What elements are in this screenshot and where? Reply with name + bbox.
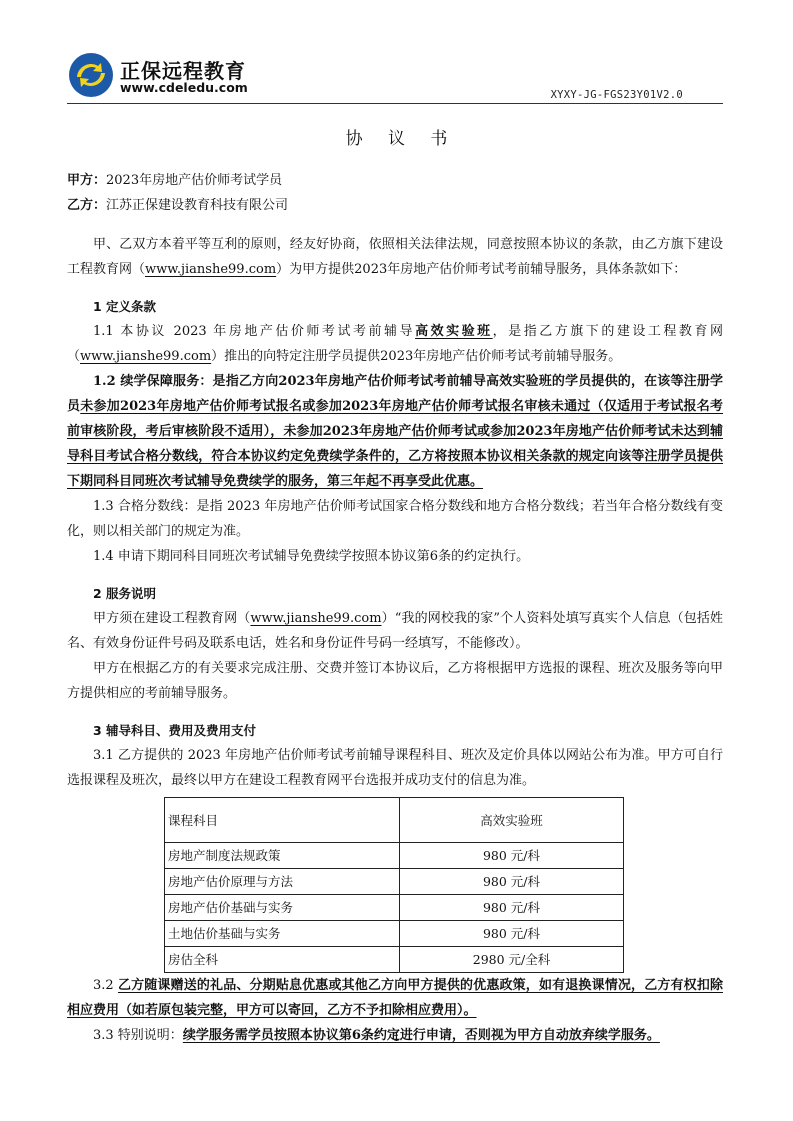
- clause-3-1: 3.1 乙方提供的 2023 年房地产估价师考试考前辅导课程科目、班次及定价具体…: [67, 743, 723, 793]
- clause-1-4: 1.4 申请下期同科目同班次考试辅导免费续学按照本协议第6条的约定执行。: [67, 544, 723, 569]
- jianshe99-link[interactable]: www.jianshe99.com: [145, 262, 276, 277]
- clause-1-3: 1.3 合格分数线：是指 2023 年房地产估价师考试国家合格分数线和地方合格分…: [67, 494, 723, 544]
- fee-table-header: 课程科目 高效实验班: [165, 798, 624, 843]
- brand-url: www.cdeledu.com: [120, 80, 248, 95]
- page-header: 正保远程教育 www.cdeledu.com XYXY-JG-FGS23Y01V…: [68, 52, 723, 104]
- section-2-paragraph-1: 甲方须在建设工程教育网（www.jianshe99.com）“我的网校我的家”个…: [67, 606, 723, 656]
- table-row: 土地估价基础与实务 980 元/科: [165, 921, 624, 947]
- jianshe99-link[interactable]: www.jianshe99.com: [250, 611, 381, 626]
- column-header-course: 课程科目: [165, 798, 400, 843]
- fee-table: 课程科目 高效实验班 房地产制度法规政策 980 元/科 房地产估价原理与方法 …: [164, 797, 624, 973]
- table-row: 房估全科 2980 元/全科: [165, 947, 624, 973]
- clause-1-1: 1.1 本协议 2023 年房地产估价师考试考前辅导高效实验班，是指乙方旗下的建…: [67, 319, 723, 369]
- cdeledu-logo-icon: [68, 52, 114, 98]
- section-1-heading: 1 定义条款: [67, 294, 723, 319]
- clause-3-2: 3.2 乙方随课赠送的礼品、分期贴息优惠或其他乙方向甲方提供的优惠政策，如有退换…: [67, 973, 723, 1023]
- section-2-paragraph-2: 甲方在根据乙方的有关要求完成注册、交费并签订本协议后，乙方将根据甲方选报的课程、…: [67, 656, 723, 706]
- clause-1-2: 1.2 续学保障服务：是指乙方向2023年房地产估价师考试考前辅导高效实验班的学…: [67, 369, 723, 494]
- section-2-heading: 2 服务说明: [67, 581, 723, 606]
- party-a-label: 甲方：: [67, 173, 106, 188]
- party-b-label: 乙方：: [67, 198, 106, 213]
- column-header-class: 高效实验班: [400, 798, 624, 843]
- table-row: 房地产制度法规政策 980 元/科: [165, 843, 624, 869]
- document-body: 甲方：2023年房地产估价师考试学员 乙方：江苏正保建设教育科技有限公司 甲、乙…: [67, 168, 723, 1048]
- table-row: 房地产估价原理与方法 980 元/科: [165, 869, 624, 895]
- intro-paragraph: 甲、乙双方本着平等互利的原则，经友好协商，依照相关法律法规，同意按照本协议的条款…: [67, 232, 723, 282]
- document-code: XYXY-JG-FGS23Y01V2.0: [551, 89, 683, 101]
- party-a-value: 2023年房地产估价师考试学员: [106, 173, 282, 188]
- page-number: 1: [0, 1030, 793, 1044]
- section-3-heading: 3 辅导科目、费用及费用支付: [67, 718, 723, 743]
- table-row: 房地产估价基础与实务 980 元/科: [165, 895, 624, 921]
- header-divider: [67, 103, 723, 104]
- document-title: 协 议 书: [0, 124, 793, 149]
- jianshe99-link[interactable]: www.jianshe99.com: [80, 349, 211, 364]
- party-b: 乙方：江苏正保建设教育科技有限公司: [67, 193, 723, 218]
- party-b-value: 江苏正保建设教育科技有限公司: [106, 198, 288, 213]
- party-a: 甲方：2023年房地产估价师考试学员: [67, 168, 723, 193]
